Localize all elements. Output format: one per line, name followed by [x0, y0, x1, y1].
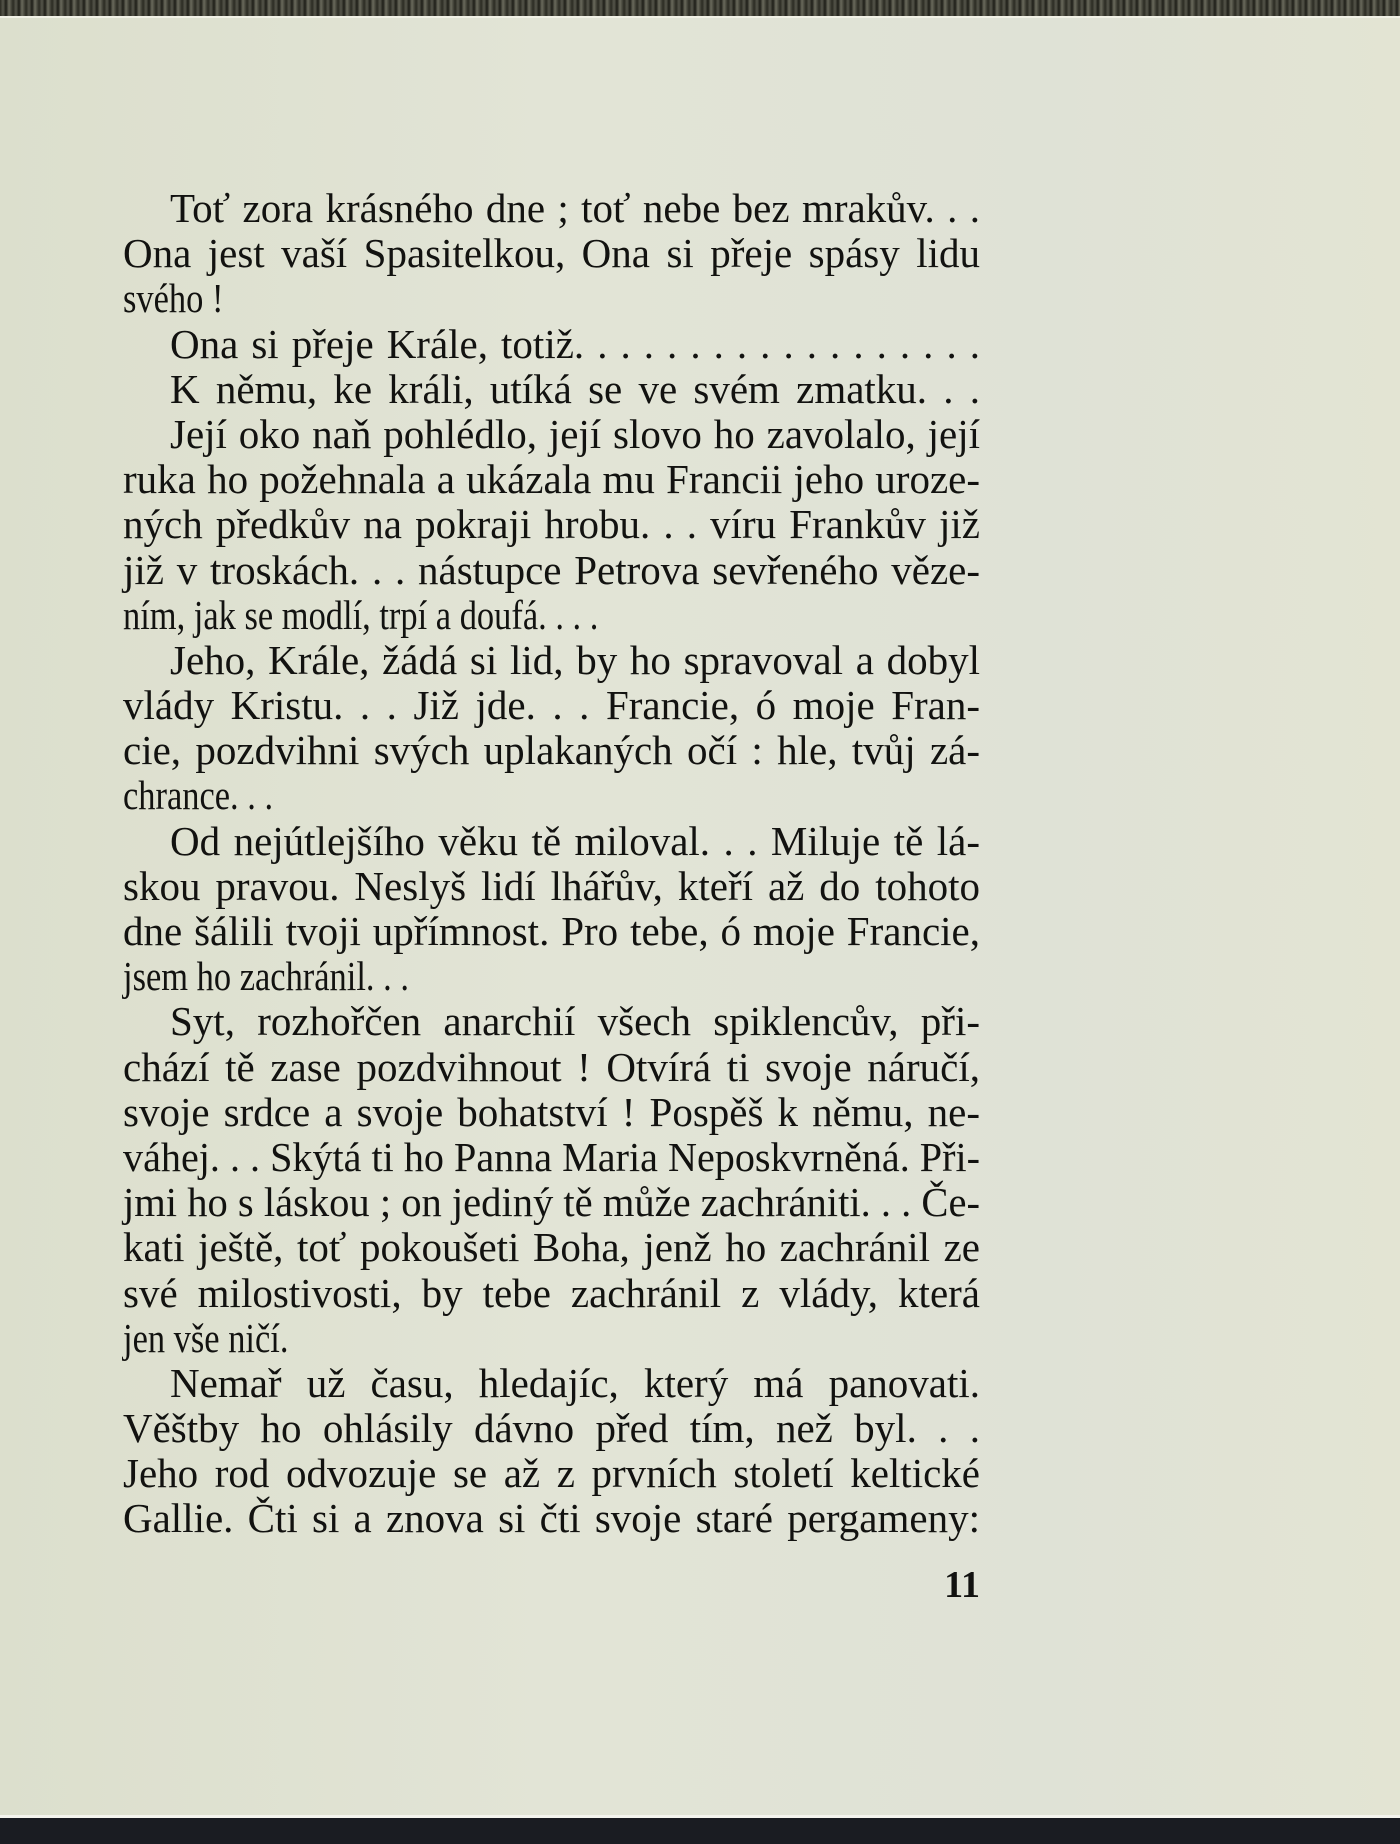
text-line: Od nejútlejšího věku tě miloval. . . Mil…: [123, 819, 980, 864]
text-line-content: dne šálili tvoji upřímnost. Pro tebe, ó …: [123, 909, 980, 954]
text-line: Jeho, Krále, žádá si lid, by ho spravova…: [123, 638, 980, 683]
text-line: Gallie. Čti si a znova si čti svoje star…: [123, 1496, 980, 1541]
text-line-content: Ona si přeje Krále, totiž. . . . . . . .…: [123, 322, 980, 367]
book-page: Toť zora krásného dne ; toť nebe bez mra…: [0, 0, 1400, 1844]
text-line: Jeho rod odvozuje se až z prvních stolet…: [123, 1451, 980, 1496]
body-text: Toť zora krásného dne ; toť nebe bez mra…: [123, 186, 980, 1542]
text-line-content: Syt, rozhořčen anarchií všech spiklencův…: [123, 999, 980, 1044]
text-line: Její oko naň pohlédlo, její slovo ho zav…: [123, 412, 980, 457]
text-line: Toť zora krásného dne ; toť nebe bez mra…: [123, 186, 980, 231]
text-line: váhej. . . Skýtá ti ho Panna Maria Nepos…: [123, 1135, 980, 1180]
text-line: skou pravou. Neslyš lidí lhářův, kteří a…: [123, 864, 980, 909]
text-line: jsem ho zachránil. . .: [123, 954, 980, 999]
text-line: jen vše ničí.: [123, 1316, 980, 1361]
text-line: cie, pozdvihni svých uplakaných očí : hl…: [123, 728, 980, 773]
text-line-content: ním, jak se modlí, trpí a doufá. . . .: [123, 593, 980, 638]
text-line: dne šálili tvoji upřímnost. Pro tebe, ó …: [123, 909, 980, 954]
text-line: Nemař už času, hledajíc, který má panova…: [123, 1361, 980, 1406]
text-line-content: Gallie. Čti si a znova si čti svoje star…: [123, 1496, 980, 1541]
text-line-content: chrance. . .: [123, 773, 980, 818]
text-line: Ona si přeje Krále, totiž. . . . . . . .…: [123, 322, 980, 367]
text-line-content: chází tě zase pozdvihnout ! Otvírá ti sv…: [123, 1045, 980, 1090]
text-line-content: Toť zora krásného dne ; toť nebe bez mra…: [123, 186, 980, 231]
text-line: své milostivosti, by tebe zachránil z vl…: [123, 1271, 980, 1316]
text-line: jmi ho s láskou ; on jediný tě může zach…: [123, 1180, 980, 1225]
text-line-content: kati ještě, toť pokoušeti Boha, jenž ho …: [123, 1225, 980, 1270]
text-line-content: cie, pozdvihni svých uplakaných očí : hl…: [123, 728, 980, 773]
text-line: Ona jest vaší Spasitelkou, Ona si přeje …: [123, 231, 980, 276]
text-line-content: svoje srdce a svoje bohatství ! Pospěš k…: [123, 1090, 980, 1135]
text-line: ním, jak se modlí, trpí a doufá. . . .: [123, 593, 980, 638]
text-line: svoje srdce a svoje bohatství ! Pospěš k…: [123, 1090, 980, 1135]
text-line: ných předkův na pokraji hrobu. . . víru …: [123, 502, 980, 547]
text-line-content: Nemař už času, hledajíc, který má panova…: [123, 1361, 980, 1406]
text-line: již v troskách. . . nástupce Petrova sev…: [123, 548, 980, 593]
text-line-content: ruka ho požehnala a ukázala mu Francii j…: [123, 457, 980, 502]
text-line-content: jen vše ničí.: [123, 1316, 980, 1361]
text-line-content: Jeho, Krále, žádá si lid, by ho spravova…: [123, 638, 980, 683]
scan-edge-top: [0, 0, 1400, 18]
text-line-content: K němu, ke králi, utíká se ve svém zmatk…: [123, 367, 980, 412]
text-line: chrance. . .: [123, 773, 980, 818]
text-line-content: jmi ho s láskou ; on jediný tě může zach…: [123, 1180, 980, 1225]
text-line-content: Věštby ho ohlásily dávno před tím, než b…: [123, 1406, 980, 1451]
text-line-content: skou pravou. Neslyš lidí lhářův, kteří a…: [123, 864, 980, 909]
page-number: 11: [930, 1563, 980, 1607]
text-line-content: váhej. . . Skýtá ti ho Panna Maria Nepos…: [123, 1135, 980, 1180]
text-line: Syt, rozhořčen anarchií všech spiklencův…: [123, 999, 980, 1044]
text-line-content: své milostivosti, by tebe zachránil z vl…: [123, 1271, 980, 1316]
text-line-content: Její oko naň pohlédlo, její slovo ho zav…: [123, 412, 980, 457]
scan-edge-bottom: [0, 1815, 1400, 1844]
text-line: svého !: [123, 276, 980, 321]
text-line-content: Jeho rod odvozuje se až z prvních stolet…: [123, 1451, 980, 1496]
text-line-content: jsem ho zachránil. . .: [123, 954, 980, 999]
text-line: Věštby ho ohlásily dávno před tím, než b…: [123, 1406, 980, 1451]
text-line-content: vlády Kristu. . . Již jde. . . Francie, …: [123, 683, 980, 728]
text-line-content: ných předkův na pokraji hrobu. . . víru …: [123, 502, 980, 547]
text-line-content: Od nejútlejšího věku tě miloval. . . Mil…: [123, 819, 980, 864]
text-line-content: již v troskách. . . nástupce Petrova sev…: [123, 548, 980, 593]
text-line: K němu, ke králi, utíká se ve svém zmatk…: [123, 367, 980, 412]
text-line: ruka ho požehnala a ukázala mu Francii j…: [123, 457, 980, 502]
text-line: chází tě zase pozdvihnout ! Otvírá ti sv…: [123, 1045, 980, 1090]
text-line: kati ještě, toť pokoušeti Boha, jenž ho …: [123, 1225, 980, 1270]
text-line-content: Ona jest vaší Spasitelkou, Ona si přeje …: [123, 231, 980, 276]
text-line-content: svého !: [123, 276, 980, 321]
text-line: vlády Kristu. . . Již jde. . . Francie, …: [123, 683, 980, 728]
